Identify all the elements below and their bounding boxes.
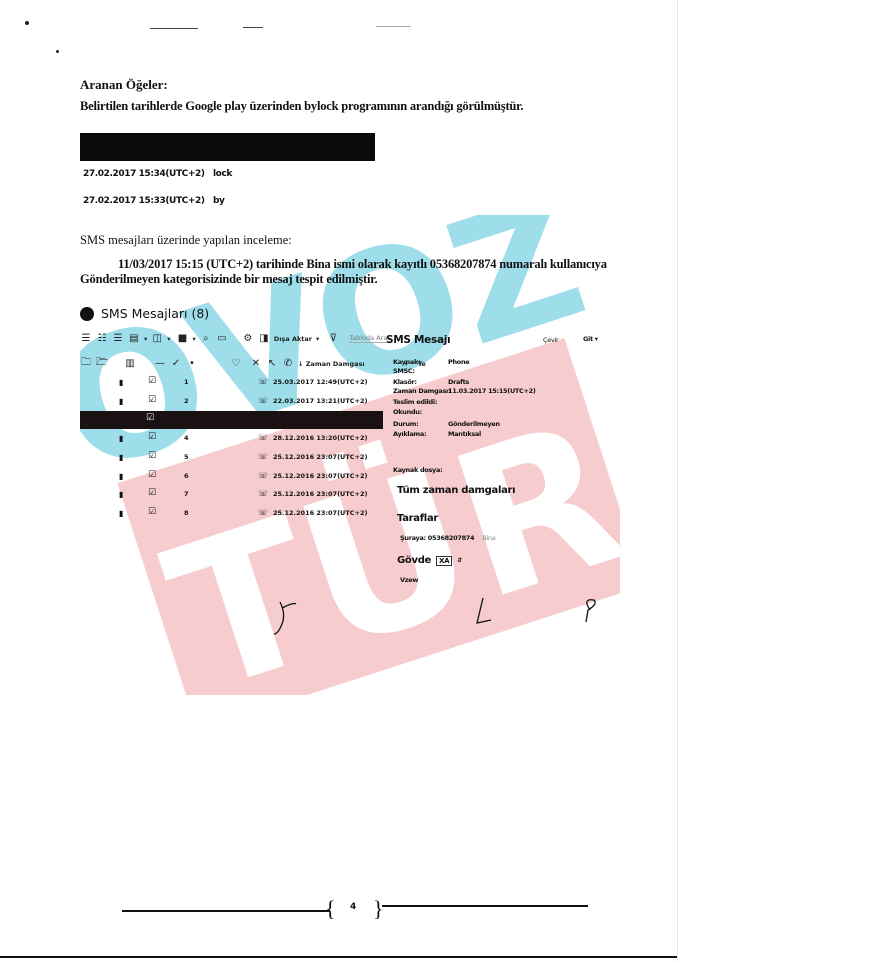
heart-icon[interactable]: ♡ bbox=[230, 358, 242, 369]
detail-title: SMS Mesajı bbox=[386, 334, 450, 346]
page-bottom-edge bbox=[0, 956, 677, 958]
detail-field-label: Kaynak: bbox=[393, 358, 420, 366]
party-recipient: Şuraya: 05368207874 Bina bbox=[400, 534, 495, 542]
body-heading: Gövde XA ⇵ bbox=[397, 555, 462, 566]
go-button[interactable]: Git ▾ bbox=[583, 335, 598, 343]
check-icon[interactable]: ✓ bbox=[170, 358, 182, 369]
toolbar-row-1: ☰ ☷ ☰ ▤▾ ◫▾ ■▾ ⌕ ▭ ⚙ ◨ Dışa Aktar ▾ ⊽ Ta… bbox=[80, 333, 387, 344]
scan-line bbox=[243, 27, 263, 28]
toolbar-row-2: 🗀 🗁 ▥ — ✓ • ♡ ✕ ↖ ✆ ↓ Zaman Damgası ▾ Te bbox=[80, 355, 426, 372]
detail-field-value: Drafts bbox=[448, 378, 469, 386]
row-checkbox[interactable]: ☑ bbox=[146, 413, 154, 423]
scanned-page: OVOZ TÜRK Aranan Öğeler: Belirtilen tari… bbox=[0, 0, 678, 962]
search-entry-term: by bbox=[213, 196, 225, 206]
folder-icon[interactable]: 🗀 bbox=[80, 355, 92, 372]
row-checkbox[interactable]: ☑ bbox=[148, 376, 156, 386]
table-search-input[interactable]: Tabloda Ara bbox=[349, 334, 387, 343]
export-dropdown-icon[interactable]: ▾ bbox=[316, 335, 319, 343]
row-index: 6 bbox=[184, 472, 189, 480]
detail-fields: Kaynak:PhoneSMSC:Klasör:DraftsZaman Damg… bbox=[393, 358, 613, 448]
dash-icon[interactable]: — bbox=[154, 358, 166, 369]
message-body: Vzew bbox=[400, 576, 418, 584]
table-row[interactable]: ▮☑5☏25.12.2016 23:07(UTC+2) bbox=[82, 449, 382, 467]
phone-icon[interactable]: ✆ bbox=[282, 358, 294, 369]
search-entry-timestamp: 27.02.2017 15:34(UTC+2) bbox=[83, 169, 205, 179]
sms-direction-icon: ☏ bbox=[258, 452, 268, 461]
row-timestamp: 22.03.2017 13:21(UTC+2) bbox=[273, 397, 367, 405]
close-icon[interactable]: ✕ bbox=[250, 358, 262, 369]
export-button[interactable]: Dışa Aktar bbox=[274, 335, 312, 343]
row-index: 2 bbox=[184, 397, 189, 405]
sms-direction-icon: ☏ bbox=[258, 508, 268, 517]
signatures bbox=[270, 590, 620, 640]
footer-bracket-right: } bbox=[373, 896, 384, 922]
row-index: 8 bbox=[184, 509, 189, 517]
detail-field-label: Okundu: bbox=[393, 408, 422, 416]
footer-rule-left bbox=[122, 910, 330, 912]
row-timestamp: 25.12.2016 23:07(UTC+2) bbox=[273, 509, 367, 517]
row-timestamp: 28.12.2016 13:20(UTC+2) bbox=[273, 434, 367, 442]
row-checkbox[interactable]: ☑ bbox=[148, 395, 156, 405]
heading-searched-items: Aranan Öğeler: bbox=[80, 77, 168, 93]
settings-icon[interactable]: ⚙ bbox=[242, 333, 254, 344]
row-checkbox[interactable]: ☑ bbox=[148, 507, 156, 517]
translate-button[interactable]: Çevir bbox=[543, 336, 558, 344]
table-row[interactable]: ▮☑1☏25.03.2017 12:49(UTC+2) bbox=[82, 374, 382, 392]
row-status-icon: ▮ bbox=[119, 509, 123, 518]
row-index: 5 bbox=[184, 453, 189, 461]
scan-line bbox=[150, 28, 198, 29]
footer-rule-right bbox=[382, 905, 588, 907]
detail-field-label: Durum: bbox=[393, 420, 418, 428]
sms-finding-line1: 11/03/2017 15:15 (UTC+2) tarihinde Bina … bbox=[118, 257, 607, 272]
folder-open-icon[interactable]: 🗁 bbox=[96, 355, 108, 372]
footer-bracket-left: { bbox=[325, 896, 336, 922]
sort-column-header[interactable]: ↓ Zaman Damgası bbox=[298, 360, 365, 368]
scan-speck bbox=[56, 50, 59, 53]
align-center-icon[interactable]: ☷ bbox=[96, 333, 108, 344]
detail-field-label: Zaman Damgası: bbox=[393, 387, 450, 395]
panel-icon[interactable]: ◨ bbox=[258, 333, 270, 344]
sms-category-icon bbox=[80, 307, 94, 321]
page-number: 4 bbox=[350, 902, 356, 912]
detail-field-label: Ayıklama: bbox=[393, 430, 426, 438]
sms-panel-title-text: SMS Mesajları (8) bbox=[101, 306, 209, 321]
sms-direction-icon: ☏ bbox=[258, 396, 268, 405]
table-row[interactable]: ▮☑4☏28.12.2016 13:20(UTC+2) bbox=[82, 430, 382, 448]
row-checkbox[interactable]: ☑ bbox=[148, 451, 156, 461]
row-status-icon: ▮ bbox=[119, 490, 123, 499]
row-timestamp: 25.12.2016 23:07(UTC+2) bbox=[273, 453, 367, 461]
table-row[interactable]: ▮☑7☏25.12.2016 23:07(UTC+2) bbox=[82, 486, 382, 504]
detail-field-label: SMSC: bbox=[393, 367, 415, 375]
search-icon[interactable]: ⌕ bbox=[200, 333, 212, 344]
table-row[interactable]: ▮☑6☏25.12.2016 23:07(UTC+2) bbox=[82, 468, 382, 486]
signature-1 bbox=[274, 602, 296, 634]
source-file-label: Kaynak dosya: bbox=[393, 466, 442, 474]
detail-field-label: Teslim edildi: bbox=[393, 398, 437, 406]
row-status-icon: ▮ bbox=[119, 397, 123, 406]
column-icon[interactable]: ▥ bbox=[124, 358, 136, 369]
table-row[interactable]: ▮☑2☏22.03.2017 13:21(UTC+2) bbox=[82, 393, 382, 411]
search-entry-term: lock bbox=[213, 169, 232, 179]
list-icon[interactable]: ☰ bbox=[112, 333, 124, 344]
chat-icon[interactable]: ▭ bbox=[216, 333, 228, 344]
intro-paragraph: Belirtilen tarihlerde Google play üzerin… bbox=[80, 99, 523, 114]
row-index: 1 bbox=[184, 378, 189, 386]
signature-3 bbox=[586, 600, 595, 622]
row-status-icon: ▮ bbox=[119, 472, 123, 481]
table-row[interactable]: ▮☑8☏25.12.2016 23:07(UTC+2) bbox=[82, 505, 382, 523]
signature-2 bbox=[477, 598, 491, 623]
sms-panel-title: SMS Mesajları (8) bbox=[80, 306, 209, 321]
search-entry-timestamp: 27.02.2017 15:33(UTC+2) bbox=[83, 196, 205, 206]
filter-icon[interactable]: ⊽ bbox=[327, 333, 339, 344]
row-status-icon: ▮ bbox=[119, 453, 123, 462]
scan-line bbox=[376, 26, 411, 27]
all-timestamps-heading[interactable]: Tüm zaman damgaları bbox=[397, 485, 515, 496]
detail-field-value: Gönderilmeyen bbox=[448, 420, 500, 428]
row-checkbox[interactable]: ☑ bbox=[148, 470, 156, 480]
sms-direction-icon: ☏ bbox=[258, 489, 268, 498]
sms-finding-line2: Gönderilmeyen kategorisizinde bir mesaj … bbox=[80, 272, 377, 287]
table-row-redacted[interactable]: ☑ bbox=[80, 411, 383, 429]
row-status-icon: ▮ bbox=[119, 434, 123, 443]
block-icon[interactable]: ■ bbox=[177, 333, 189, 344]
row-index: 7 bbox=[184, 490, 189, 498]
row-timestamp: 25.12.2016 23:07(UTC+2) bbox=[273, 490, 367, 498]
row-status-icon: ▮ bbox=[119, 378, 123, 387]
body-dropdown-icon[interactable]: ⇵ bbox=[457, 557, 462, 564]
row-checkbox[interactable]: ☑ bbox=[148, 488, 156, 498]
detail-field-label: Klasör: bbox=[393, 378, 417, 386]
row-timestamp: 25.12.2016 23:07(UTC+2) bbox=[273, 472, 367, 480]
row-timestamp: 25.03.2017 12:49(UTC+2) bbox=[273, 378, 367, 386]
sms-intro: SMS mesajları üzerinde yapılan inceleme: bbox=[80, 233, 292, 248]
detail-field-value: 11.03.2017 15:15(UTC+2) bbox=[448, 387, 536, 395]
sms-direction-icon: ☏ bbox=[258, 433, 268, 442]
row-checkbox[interactable]: ☑ bbox=[148, 432, 156, 442]
sms-direction-icon: ☏ bbox=[258, 471, 268, 480]
sms-direction-icon: ☏ bbox=[258, 377, 268, 386]
grid-icon[interactable]: ▤ bbox=[128, 333, 140, 344]
row-index: 4 bbox=[184, 434, 189, 442]
redaction-bar bbox=[80, 133, 375, 161]
arrow-icon[interactable]: ↖ bbox=[266, 358, 278, 369]
translate-body-icon[interactable]: XA bbox=[436, 556, 452, 566]
dot-icon[interactable]: • bbox=[186, 358, 198, 369]
detail-field-value: Mantıksal bbox=[448, 430, 481, 438]
detail-field-value: Phone bbox=[448, 358, 469, 366]
parties-heading: Taraflar bbox=[397, 513, 438, 524]
align-left-icon[interactable]: ☰ bbox=[80, 333, 92, 344]
tag-icon[interactable]: ◫ bbox=[151, 333, 163, 344]
scan-speck bbox=[25, 21, 29, 25]
